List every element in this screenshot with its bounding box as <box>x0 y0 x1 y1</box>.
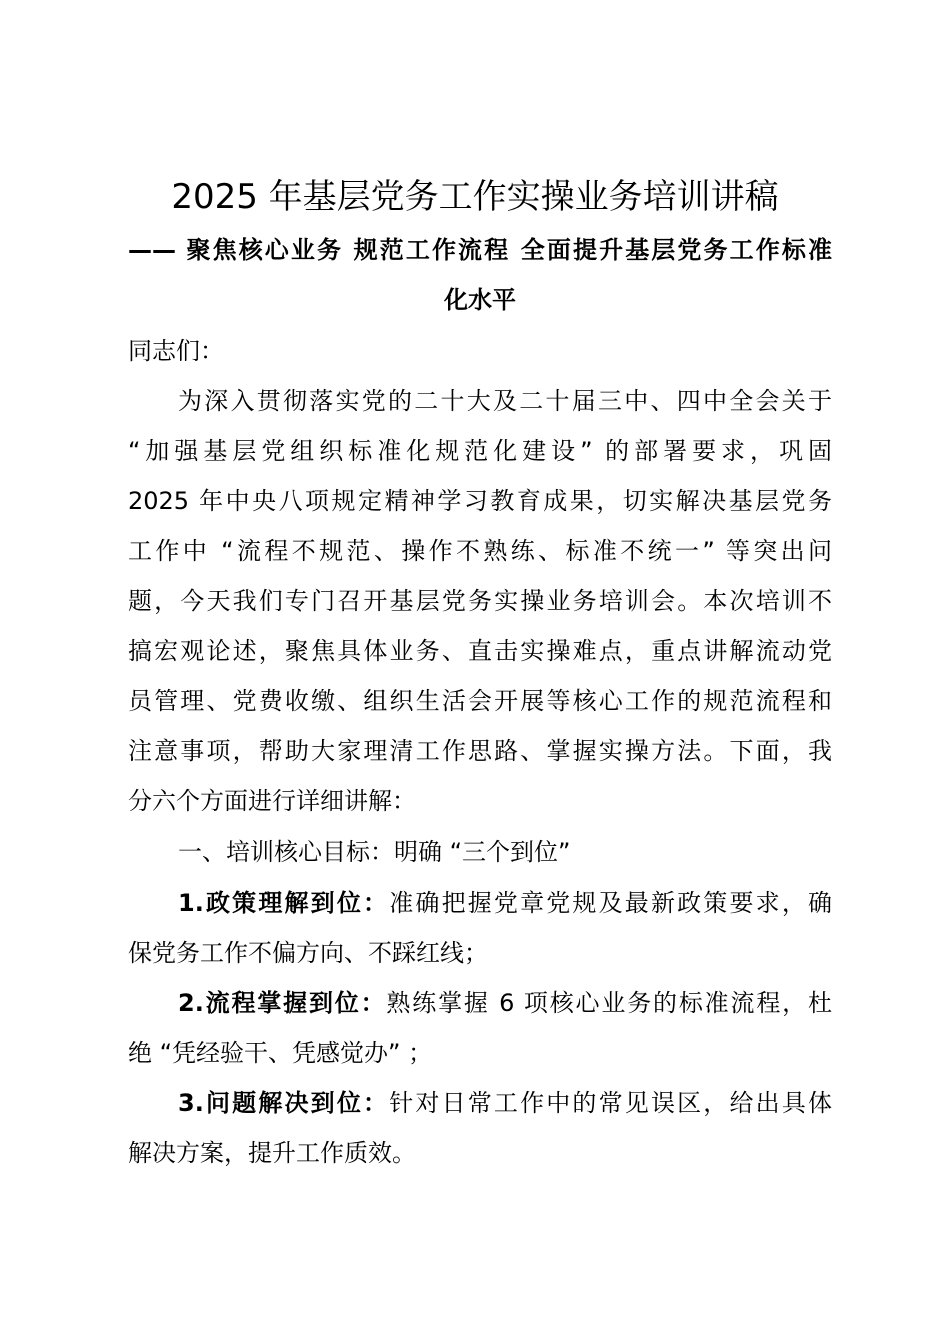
intro-line: 分六个方面进行详细讲解： <box>128 784 832 818</box>
document-subtitle-line-1: —— 聚焦核心业务 规范工作流程 全面提升基层党务工作标准 <box>128 233 832 267</box>
document-subtitle-line-2: 化水平 <box>128 283 832 317</box>
goal-item-2-continued: 绝 “凭经验干、凭感觉办” ； <box>128 1036 832 1070</box>
goal-item-text: 熟练掌握 6 项核心业务的标准流程，杜 <box>386 989 832 1017</box>
goal-item-label: 3.问题解决到位： <box>178 1089 389 1117</box>
salutation: 同志们： <box>128 334 832 368</box>
goal-item-3: 3.问题解决到位：针对日常工作中的常见误区，给出具体 <box>128 1086 832 1120</box>
intro-line: 搞宏观论述，聚焦具体业务、直击实操难点，重点讲解流动党 <box>128 634 832 668</box>
intro-line: 工作中 “流程不规范、操作不熟练、标准不统一” 等突出问 <box>128 534 832 568</box>
goal-item-2: 2.流程掌握到位：熟练掌握 6 项核心业务的标准流程，杜 <box>128 986 832 1020</box>
intro-line: 为深入贯彻落实党的二十大及二十届三中、四中全会关于 <box>128 384 832 418</box>
goal-item-label: 2.流程掌握到位： <box>178 989 386 1017</box>
document-title: 2025 年基层党务工作实操业务培训讲稿 <box>0 175 950 219</box>
intro-line: 2025 年中央八项规定精神学习教育成果，切实解决基层党务 <box>128 484 832 518</box>
goal-item-text: 准确把握党章党规及最新政策要求，确 <box>389 889 832 917</box>
intro-line: 员管理、党费收缴、组织生活会开展等核心工作的规范流程和 <box>128 684 832 718</box>
goal-item-text: 针对日常工作中的常见误区，给出具体 <box>389 1089 832 1117</box>
intro-line: “加强基层党组织标准化规范化建设” 的部署要求，巩固 <box>128 434 832 468</box>
goal-item-1-continued: 保党务工作不偏方向、不踩红线； <box>128 936 832 970</box>
intro-line: 注意事项，帮助大家理清工作思路、掌握实操方法。下面，我 <box>128 734 832 768</box>
section-heading: 一、培训核心目标：明确 “三个到位” <box>128 835 832 869</box>
goal-item-1: 1.政策理解到位：准确把握党章党规及最新政策要求，确 <box>128 886 832 920</box>
goal-item-label: 1.政策理解到位： <box>178 889 389 917</box>
document-page: 2025 年基层党务工作实操业务培训讲稿 —— 聚焦核心业务 规范工作流程 全面… <box>0 0 950 1344</box>
intro-line: 题，今天我们专门召开基层党务实操业务培训会。本次培训不 <box>128 584 832 618</box>
goal-item-3-continued: 解决方案，提升工作质效。 <box>128 1136 832 1170</box>
